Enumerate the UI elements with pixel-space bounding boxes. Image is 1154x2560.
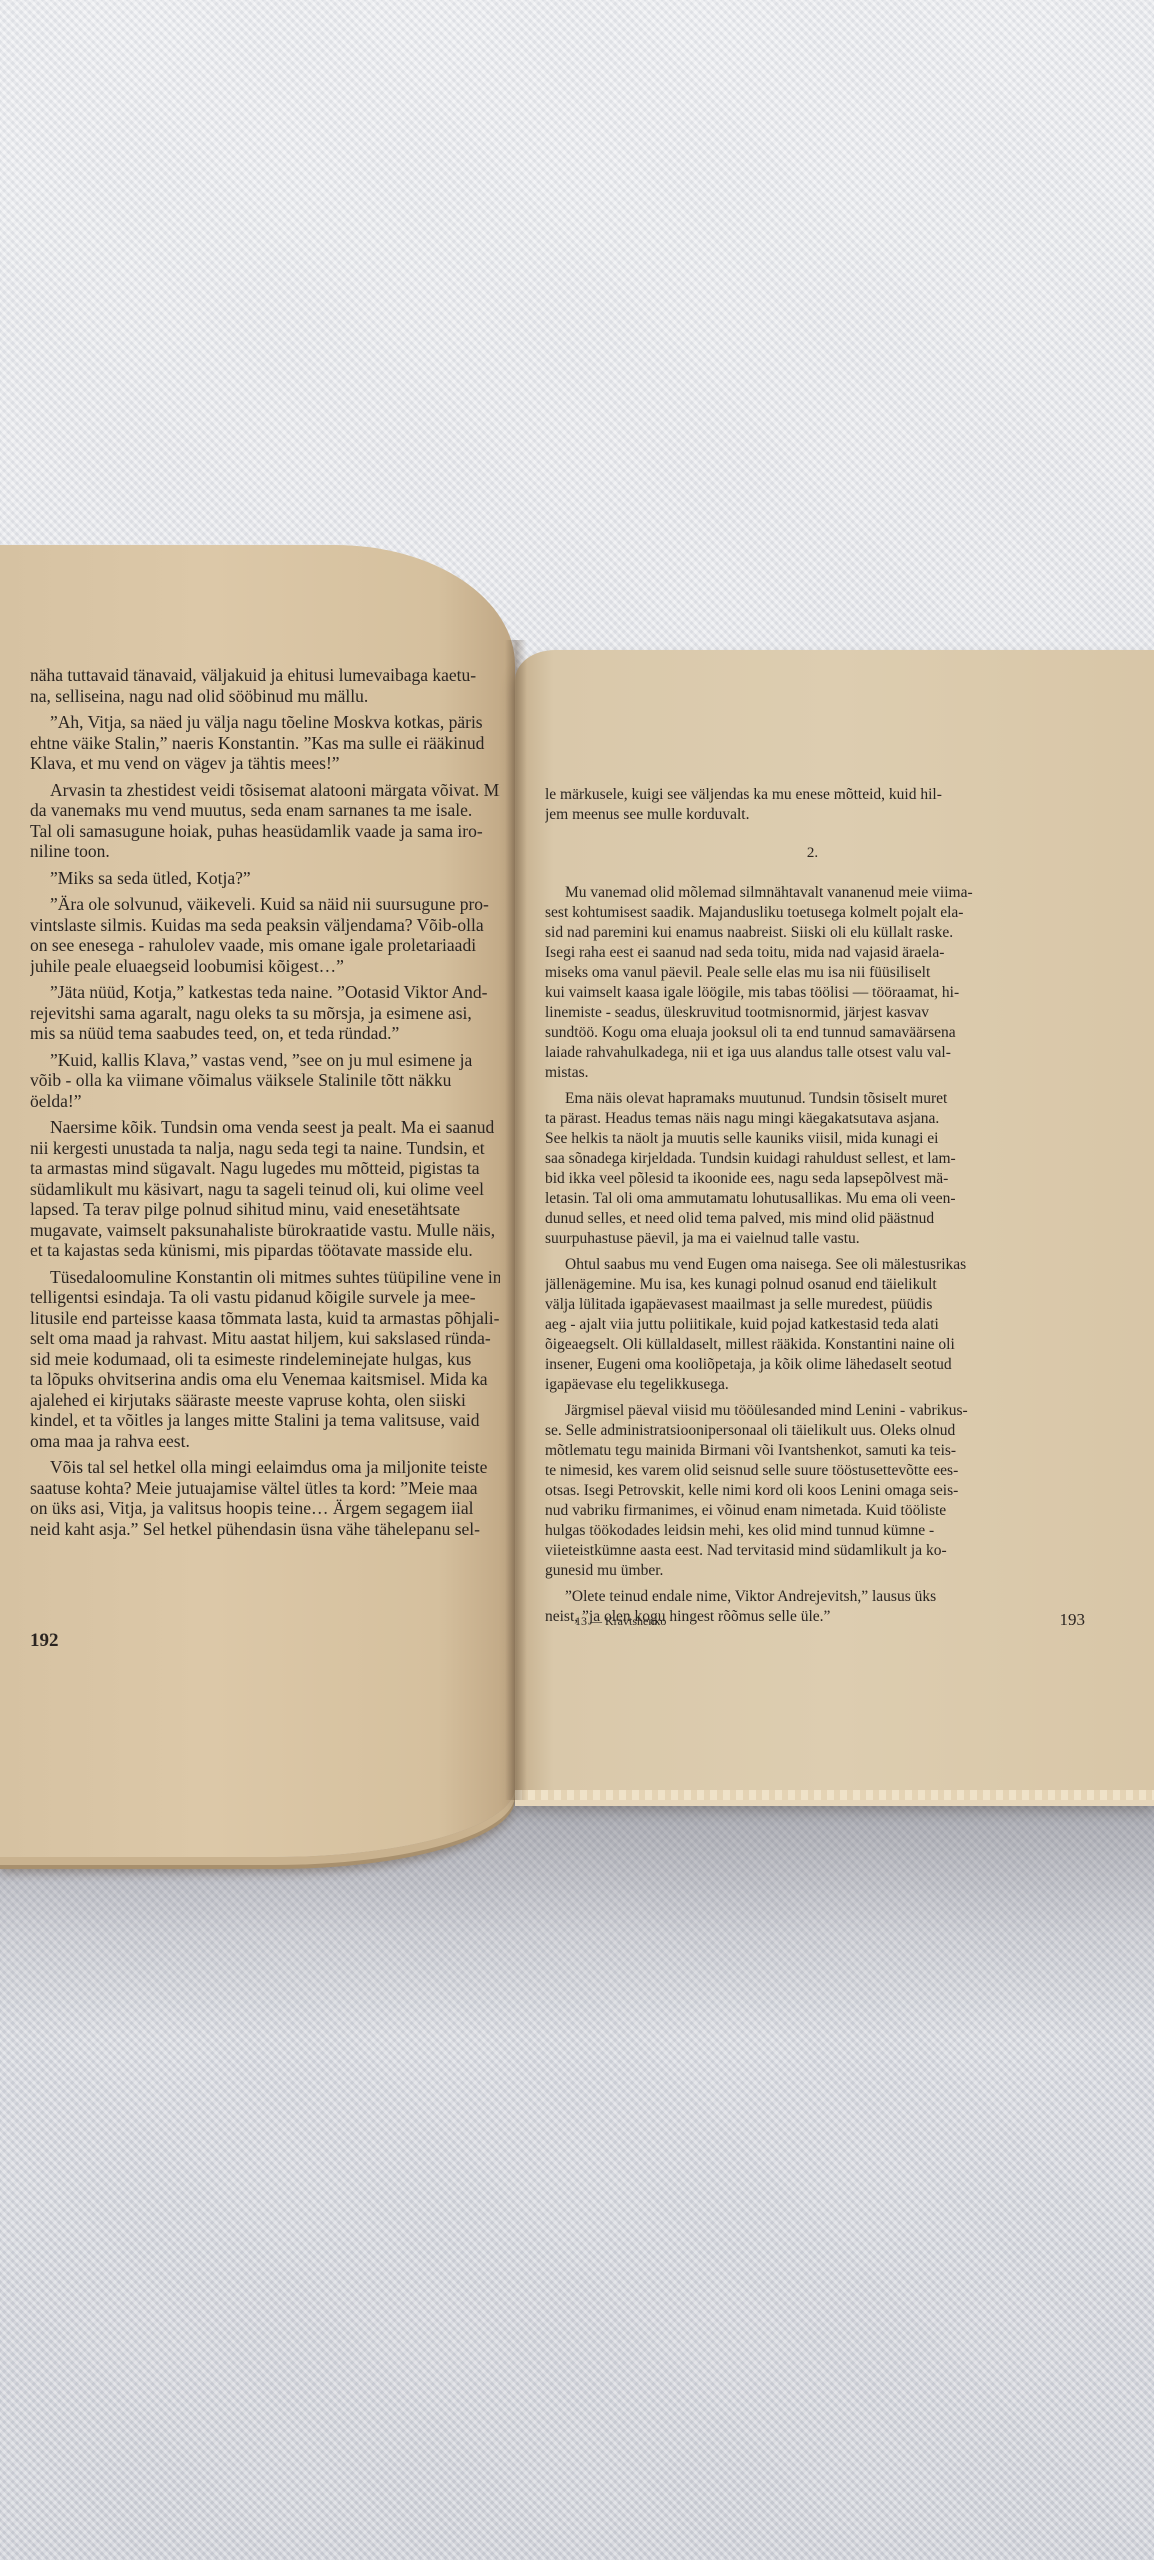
text-line: on see enesega - rahulolev vaade, mis om… bbox=[30, 935, 500, 956]
text-line: letasin. Tal oli oma ammutamatu lohutusa… bbox=[545, 1189, 1080, 1209]
text-line: Järgmisel päeval viisid mu tööülesanded … bbox=[545, 1401, 1080, 1421]
text-line: ”Ah, Vitja, sa näed ju välja nagu tõelin… bbox=[30, 712, 500, 733]
text-line: Arvasin ta zhestidest veidi tõsisemat al… bbox=[30, 780, 500, 801]
text-line: dunud selles, et need olid tema palved, … bbox=[545, 1209, 1080, 1229]
paragraph: Ohtul saabus mu vend Eugen oma naisega. … bbox=[545, 1255, 1080, 1395]
torn-page-edge bbox=[515, 1790, 1154, 1800]
text-line: mõtlematu tegu mainida Birmani või Ivant… bbox=[545, 1441, 1080, 1461]
text-line: linemiste - seadus, üleskruvitud tootmis… bbox=[545, 1003, 1080, 1023]
text-line: Tüsedaloomuline Konstantin oli mitmes su… bbox=[30, 1267, 500, 1288]
text-line: le märkusele, kuigi see väljendas ka mu … bbox=[545, 785, 1080, 805]
text-line: välja lülitada igapäevasest maailmast ja… bbox=[545, 1295, 1080, 1315]
text-line: oma maa ja rahva eest. bbox=[30, 1431, 500, 1452]
text-line: sid nad paremini kui enamus naabreist. S… bbox=[545, 923, 1080, 943]
text-line: näha tuttavaid tänavaid, väljakuid ja eh… bbox=[30, 665, 500, 686]
text-line: gunesid mu ümber. bbox=[545, 1561, 1080, 1581]
text-line: jem meenus see mulle korduvalt. bbox=[545, 805, 1080, 825]
text-line: juhile peale eluaegseid loobumisi kõiges… bbox=[30, 956, 500, 977]
text-line: vintslaste silmis. Kuidas ma seda peaksi… bbox=[30, 915, 500, 936]
text-line: et ta kajastas seda künismi, mis piparda… bbox=[30, 1240, 500, 1261]
paragraph: Tüsedaloomuline Konstantin oli mitmes su… bbox=[30, 1267, 500, 1452]
section-number: 2. bbox=[545, 843, 1080, 863]
text-line: miseks oma vanul päevil. Peale selle ela… bbox=[545, 963, 1080, 983]
text-line: neid kaht asja.” Sel hetkel pühendasin ü… bbox=[30, 1519, 500, 1540]
text-line: sundtöö. Kogu oma eluaja jooksul oli ta … bbox=[545, 1023, 1080, 1043]
text-line: Mu vanemad olid mõlemad silmnähtavalt va… bbox=[545, 883, 1080, 903]
paragraph: ”Miks sa seda ütled, Kotja?” bbox=[30, 868, 500, 889]
text-line: aeg - ajalt viia juttu poliitikale, kuid… bbox=[545, 1315, 1080, 1335]
right-page-footer: 13 — Kravtshenko 193 bbox=[575, 1610, 1085, 1630]
right-page-text: le märkusele, kuigi see väljendas ka mu … bbox=[545, 785, 1080, 1633]
text-line: Naersime kõik. Tundsin oma venda seest j… bbox=[30, 1117, 500, 1138]
paragraph: Naersime kõik. Tundsin oma venda seest j… bbox=[30, 1117, 500, 1261]
text-line: telligentsi esindaja. Ta oli vastu pidan… bbox=[30, 1287, 500, 1308]
paragraph: ”Ära ole solvunud, väikeveli. Kuid sa nä… bbox=[30, 894, 500, 976]
paragraph: ”Kuid, kallis Klava,” vastas vend, ”see … bbox=[30, 1050, 500, 1112]
text-line: mugavate, vaimselt paksunahaliste bürokr… bbox=[30, 1220, 500, 1241]
text-line: ehtne väike Stalin,” naeris Konstantin. … bbox=[30, 733, 500, 754]
left-page-number: 192 bbox=[30, 1630, 59, 1652]
printer-signature: 13 — Kravtshenko bbox=[575, 1614, 666, 1629]
text-line: See helkis ta näolt ja muutis selle kaun… bbox=[545, 1129, 1080, 1149]
text-line: se. Selle administratsioonipersonaal oli… bbox=[545, 1421, 1080, 1441]
left-page-text: näha tuttavaid tänavaid, väljakuid ja eh… bbox=[30, 665, 500, 1545]
text-line: ”Ära ole solvunud, väikeveli. Kuid sa nä… bbox=[30, 894, 500, 915]
text-line: ”Kuid, kallis Klava,” vastas vend, ”see … bbox=[30, 1050, 500, 1071]
text-line: rejevitshi sama agaralt, nagu oleks ta s… bbox=[30, 1003, 500, 1024]
text-line: Ohtul saabus mu vend Eugen oma naisega. … bbox=[545, 1255, 1080, 1275]
text-line: õigeaegselt. Oli küllaldaselt, millest r… bbox=[545, 1335, 1080, 1355]
paragraph: Järgmisel päeval viisid mu tööülesanded … bbox=[545, 1401, 1080, 1581]
lead-paragraph: le märkusele, kuigi see väljendas ka mu … bbox=[545, 785, 1080, 825]
text-line: selt oma maad ja rahvast. Mitu aastat hi… bbox=[30, 1328, 500, 1349]
text-line: ajalehed ei kirjutaks sääraste meeste va… bbox=[30, 1390, 500, 1411]
text-line: mis sa nüüd tema saabudes teed, on, et t… bbox=[30, 1023, 500, 1044]
paragraph: näha tuttavaid tänavaid, väljakuid ja eh… bbox=[30, 665, 500, 706]
text-line: jällenägemine. Mu isa, kes kunagi polnud… bbox=[545, 1275, 1080, 1295]
text-line: Isegi raha eest ei saanud nad seda toitu… bbox=[545, 943, 1080, 963]
text-line: lapsed. Ta terav pilge polnud sihitud mi… bbox=[30, 1199, 500, 1220]
text-line: Ema näis olevat hapramaks muutunud. Tund… bbox=[545, 1089, 1080, 1109]
text-line: litusile end parteisse kaasa tõmmata las… bbox=[30, 1308, 500, 1329]
text-line: Tal oli samasugune hoiak, puhas heasüdam… bbox=[30, 821, 500, 842]
text-line: laiade rahvahulkadega, nii et iga uus al… bbox=[545, 1043, 1080, 1063]
text-line: mistas. bbox=[545, 1063, 1080, 1083]
paragraph: Võis tal sel hetkel olla mingi eelaimdus… bbox=[30, 1457, 500, 1539]
text-line: nud vabriku firmanimes, ei võinud enam n… bbox=[545, 1501, 1080, 1521]
text-line: otsas. Isegi Petrovskit, kelle nimi kord… bbox=[545, 1481, 1080, 1501]
text-line: ta lõpuks ohvitserina andis oma elu Vene… bbox=[30, 1369, 500, 1390]
paragraph: Mu vanemad olid mõlemad silmnähtavalt va… bbox=[545, 883, 1080, 1083]
text-line: insener, Eugeni oma kooliõpetaja, ja kõi… bbox=[545, 1355, 1080, 1375]
text-line: südamlikult mu käsivart, nagu ta sageli … bbox=[30, 1179, 500, 1200]
text-line: nii kergesti unustada ta nalja, nagu sed… bbox=[30, 1138, 500, 1159]
text-line: ta armastas mind sügavalt. Nagu lugedes … bbox=[30, 1158, 500, 1179]
right-page: le märkusele, kuigi see väljendas ka mu … bbox=[515, 650, 1154, 1800]
text-line: sid meie kodumaad, oli ta esimeste rinde… bbox=[30, 1349, 500, 1370]
text-line: na, selliseina, nagu nad olid sööbinud m… bbox=[30, 686, 500, 707]
paragraph: ”Ah, Vitja, sa näed ju välja nagu tõelin… bbox=[30, 712, 500, 774]
text-line: ”Jäta nüüd, Kotja,” katkestas teda naine… bbox=[30, 982, 500, 1003]
open-book: näha tuttavaid tänavaid, väljakuid ja eh… bbox=[0, 0, 1154, 2560]
text-line: öelda!” bbox=[30, 1091, 500, 1112]
text-line: saa sõnadega kirjeldada. Tundsin kuidagi… bbox=[545, 1149, 1080, 1169]
text-line: niline toon. bbox=[30, 841, 500, 862]
text-line: saatuse kohta? Meie jutuajamise vältel ü… bbox=[30, 1478, 500, 1499]
text-line: ”Miks sa seda ütled, Kotja?” bbox=[30, 868, 500, 889]
text-line: Klava, et mu vend on vägev ja tähtis mee… bbox=[30, 753, 500, 774]
text-line: ta pärast. Headus temas näis nagu mingi … bbox=[545, 1109, 1080, 1129]
text-line: igapäevase elu tegelikkusega. bbox=[545, 1375, 1080, 1395]
text-line: te nimesid, kes varem olid seisnud selle… bbox=[545, 1461, 1080, 1481]
text-line: on üks asi, Vitja, ja valitsus hoopis te… bbox=[30, 1498, 500, 1519]
text-line: kindel, et ta võitles ja langes mitte St… bbox=[30, 1410, 500, 1431]
paragraph: Ema näis olevat hapramaks muutunud. Tund… bbox=[545, 1089, 1080, 1249]
text-line: viieteistkümne aasta eest. Nad tervitasi… bbox=[545, 1541, 1080, 1561]
book-gutter bbox=[505, 640, 527, 1800]
right-page-body: Mu vanemad olid mõlemad silmnähtavalt va… bbox=[545, 883, 1080, 1627]
text-line: da vanemaks mu vend muutus, seda enam sa… bbox=[30, 800, 500, 821]
paragraph: Arvasin ta zhestidest veidi tõsisemat al… bbox=[30, 780, 500, 862]
paragraph: ”Jäta nüüd, Kotja,” katkestas teda naine… bbox=[30, 982, 500, 1044]
text-line: ”Olete teinud endale nime, Viktor Andrej… bbox=[545, 1587, 1080, 1607]
text-line: sest kohtumisest saadik. Majandusliku to… bbox=[545, 903, 1080, 923]
text-line: suurpuhastuse päevil, ja ma ei vaielnud … bbox=[545, 1229, 1080, 1249]
text-line: bid ikka veel põlesid ta ikoonide ees, n… bbox=[545, 1169, 1080, 1189]
text-line: võib - olla ka viimane võimalus väiksele… bbox=[30, 1070, 500, 1091]
text-line: hulgas töökodades leidsin mehi, kes olid… bbox=[545, 1521, 1080, 1541]
text-line: kui vaimselt kaasa igale löögile, mis ta… bbox=[545, 983, 1080, 1003]
right-page-number: 193 bbox=[1060, 1610, 1086, 1630]
left-page: näha tuttavaid tänavaid, väljakuid ja eh… bbox=[0, 545, 515, 1857]
text-line: Võis tal sel hetkel olla mingi eelaimdus… bbox=[30, 1457, 500, 1478]
